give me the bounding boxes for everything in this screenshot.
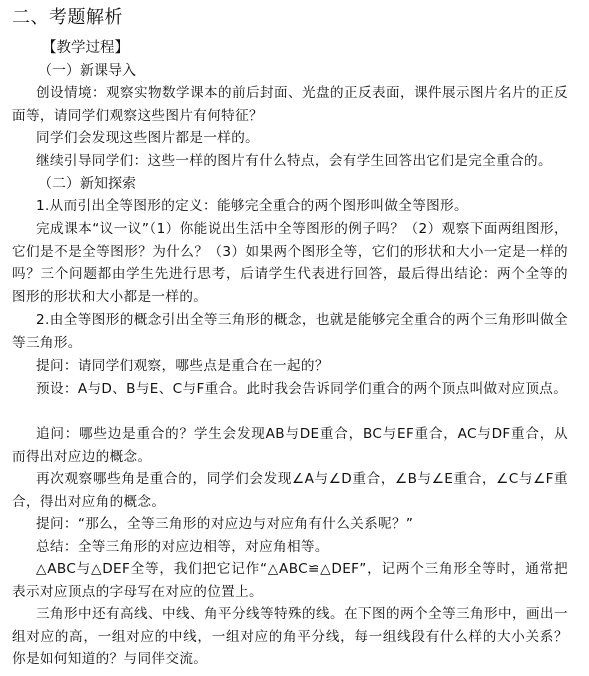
teaching-process-title: 【教学过程】 bbox=[42, 38, 129, 58]
paragraph-question-relation: 提问：“那么，全等三角形的对应边与对应角有什么关系呢？” bbox=[12, 513, 568, 536]
paragraph-discussion: 完成课本“议一议”（1）你能说出生活中全等图形的例子吗？（2）观察下面两组图形，… bbox=[12, 218, 568, 308]
paragraph-notation: △ABC与△DEF全等，我们把它记作“△ABC≌△DEF”，记两个三角形全等时，… bbox=[12, 558, 568, 603]
paragraph-question-points: 提问：请同学们观察，哪些点是重合在一起的？ bbox=[12, 355, 568, 378]
part1-title: （一）新课导入 bbox=[38, 61, 136, 81]
paragraph-summary: 总结：全等三角形的对应边相等，对应角相等。 bbox=[12, 536, 568, 559]
paragraph-corresponding-vertices: 预设：A与D、B与E、C与F重合。此时我会告诉同学们重合的两个顶点叫做对应顶点。 bbox=[12, 378, 568, 401]
paragraph-congruent-definition: 1.从而引出全等图形的定义：能够完全重合的两个图形叫做全等图形。 bbox=[12, 195, 568, 218]
section-heading: 二、考题解析 bbox=[12, 6, 123, 30]
paragraph-corresponding-angles: 再次观察哪些角是重合的，同学们会发现∠A与∠D重合，∠B与∠E重合，∠C与∠F重… bbox=[12, 468, 568, 513]
paragraph-corresponding-sides: 追问：哪些边是重合的？学生会发现AB与DE重合，BC与EF重合，AC与DF重合，… bbox=[12, 423, 568, 468]
paragraph-guidance: 继续引导同学们：这些一样的图片有什么特点，会有学生回答出它们是完全重合的。 bbox=[12, 150, 568, 173]
paragraph-observation: 同学们会发现这些图片都是一样的。 bbox=[12, 127, 568, 150]
part2-title: （二）新知探索 bbox=[38, 174, 136, 194]
paragraph-congruent-triangles: 2.由全等图形的概念引出全等三角形的概念，也就是能够完全重合的两个三角形叫做全等… bbox=[12, 309, 568, 354]
paragraph-scenario: 创设情境：观察实物数学课本的前后封面、光盘的正反表面，课件展示图片名片的正反面等… bbox=[12, 82, 568, 127]
paragraph-special-lines: 三角形中还有高线、中线、角平分线等特殊的线。在下图的两个全等三角形中，画出一组对… bbox=[12, 603, 568, 671]
